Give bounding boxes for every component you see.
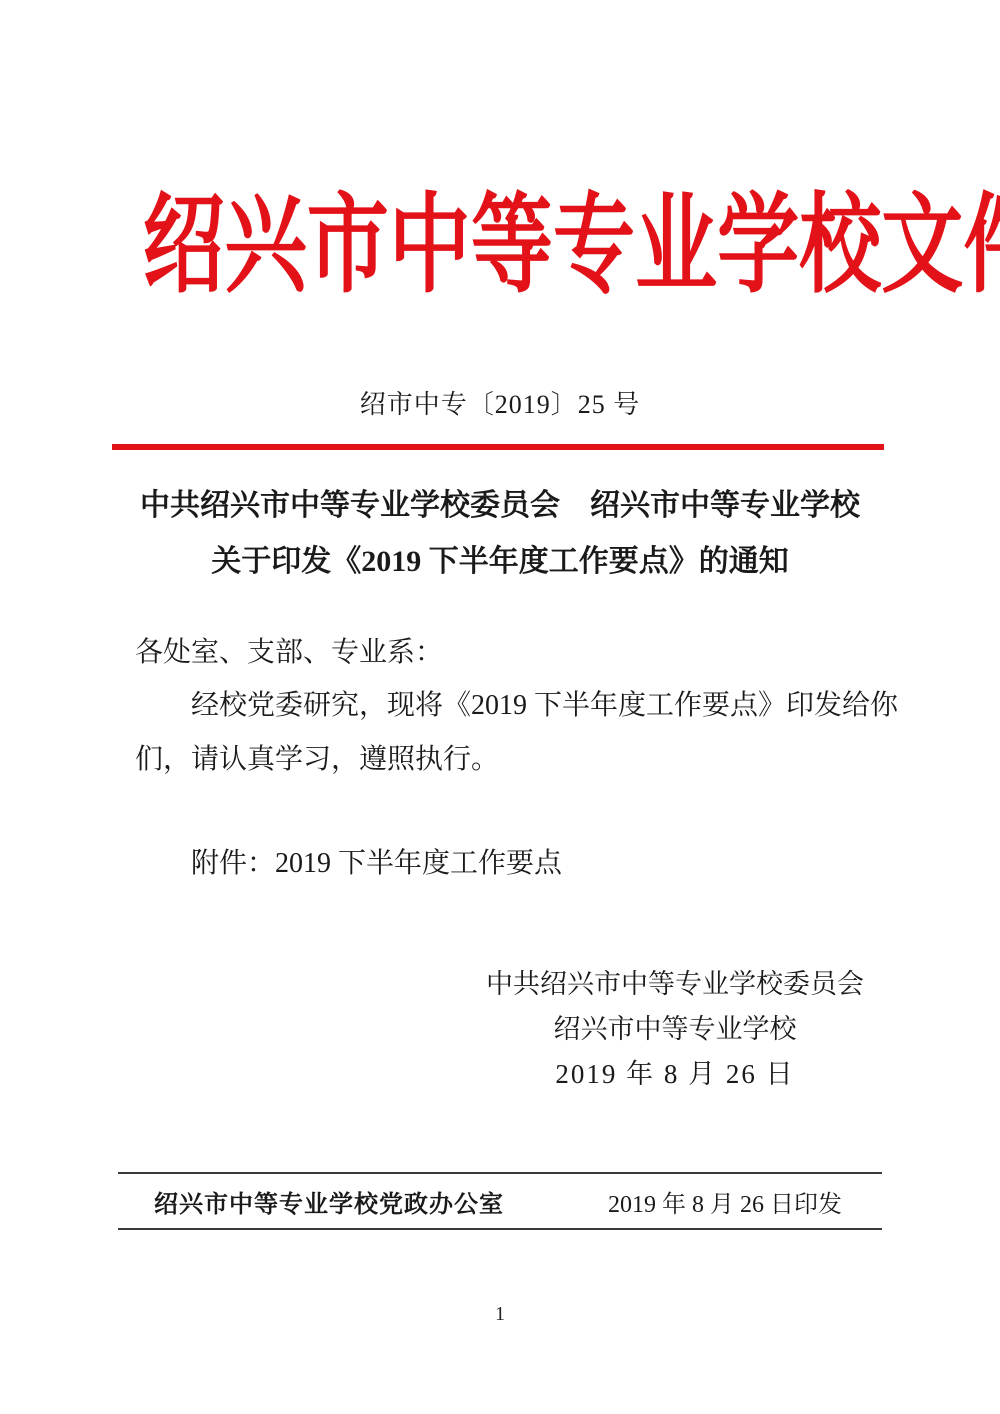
document-title: 中共绍兴市中等专业学校委员会 绍兴市中等专业学校 关于印发《2019 下半年度工…: [0, 478, 1000, 590]
document-title-line2: 关于印发《2019 下半年度工作要点》的通知: [0, 534, 1000, 590]
body-paragraph-line1: 经校党委研究，现将《2019 下半年度工作要点》印发给你: [191, 690, 898, 722]
signature-block: 中共绍兴市中等专业学校委员会 绍兴市中等专业学校 2019 年 8 月 26 日: [450, 962, 900, 1097]
document-number: 绍市中专〔2019〕25 号: [0, 385, 1000, 425]
letterhead-title: 绍兴市中等专业学校文件: [143, 172, 1000, 322]
document-page: 绍兴市中等专业学校文件 绍市中专〔2019〕25 号 中共绍兴市中等专业学校委员…: [0, 0, 1000, 1414]
document-title-line1: 中共绍兴市中等专业学校委员会 绍兴市中等专业学校: [0, 478, 1000, 534]
footer-rule-bottom: [118, 1228, 882, 1230]
footer: 绍兴市中等专业学校党政办公室 2019 年 8 月 26 日印发: [118, 1174, 882, 1228]
signature-date: 2019 年 8 月 26 日: [450, 1052, 900, 1097]
signature-org-line1: 中共绍兴市中等专业学校委员会: [450, 962, 900, 1007]
footer-print-date: 2019 年 8 月 26 日印发: [608, 1184, 842, 1219]
page-number: 1: [0, 1303, 1000, 1326]
body-paragraph-line2: 们，请认真学习，遵照执行。: [135, 744, 499, 776]
letterhead: 绍兴市中等专业学校文件: [0, 172, 1000, 322]
red-separator-line: [112, 444, 884, 450]
attachment-note: 附件：2019 下半年度工作要点: [191, 848, 562, 880]
salutation: 各处室、支部、专业系：: [135, 636, 443, 670]
signature-org-line2: 绍兴市中等专业学校: [450, 1007, 900, 1052]
footer-issuer: 绍兴市中等专业学校党政办公室: [154, 1184, 504, 1219]
